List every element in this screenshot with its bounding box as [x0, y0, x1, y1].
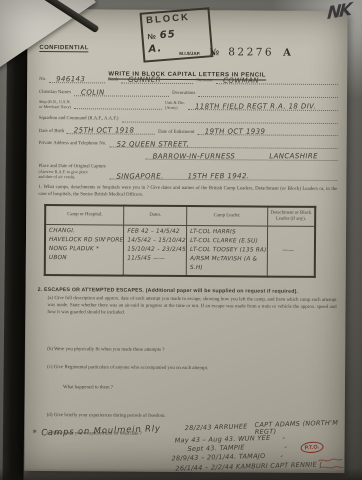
- footnote-line2: May 43 – Aug 43. WUN YEE: [175, 434, 271, 445]
- enlistment-label: Date of Enlistment: [158, 129, 194, 135]
- footnote-line3: Sept 43. TAMPIE: [187, 443, 244, 453]
- no-label: No.: [39, 77, 46, 83]
- dates-entry: 11/5/45 ——: [127, 254, 186, 263]
- row-address-line1: Private Address and Telephone No. 52 QUE…: [39, 138, 338, 149]
- numero-sign: №: [209, 48, 219, 58]
- block-entry: [271, 237, 314, 246]
- stamp-word: BLOCK: [146, 11, 205, 27]
- leader-entry: A/RSM McTAVISH (A & S.H): [190, 255, 267, 274]
- camp-entry: CHANGI.: [49, 227, 123, 237]
- pto-stamp: P.T.O.: [300, 441, 323, 454]
- serial-number: 82276: [228, 46, 274, 58]
- dob-label: Date of Birth: [39, 129, 64, 135]
- footnote-line4: 28/9/43 – 20/1/44. TAMAJO: [171, 452, 265, 463]
- decorations-field: [198, 88, 338, 98]
- surname-label: Surname: [196, 79, 213, 85]
- unit-field: 118TH FIELD REGT R.A. 18 DIV.: [188, 101, 338, 111]
- question-2b-text: (b) Were you physically fit when you mad…: [37, 347, 336, 354]
- address-indent: [39, 159, 143, 160]
- camp-entry: HAVELOCK RD SIN'PORE: [49, 236, 123, 246]
- question-2c-text: (c) Give Regimental particulars of anyon…: [37, 365, 336, 372]
- unit-label: Unit & Div. (Army): [165, 100, 185, 110]
- dates-entry: 15/10/42 – 23/2/45: [127, 245, 186, 254]
- serial-suffix: A: [283, 48, 291, 59]
- question-2-heading: 2. ESCAPES OR ATTEMPTED ESCAPES. (Additi…: [38, 287, 337, 296]
- capture-field: SINGAPORE.15TH FEB 1942.: [109, 171, 338, 182]
- dept-ref: M.I.9/JAP.: [179, 51, 200, 56]
- camp-entry: NONG PLADUK *: [49, 245, 123, 255]
- dates-entry: FEB 42 – 14/5/42: [127, 227, 186, 236]
- block-entry: ——: [271, 246, 314, 255]
- squadron-field: [121, 113, 337, 124]
- camp-entry: UBON: [49, 254, 123, 264]
- header-dates: Dates.: [124, 205, 187, 225]
- surname-field: COWMAN: [216, 75, 338, 85]
- dates-entry: 14/5/42 – 15/10/42: [127, 236, 186, 245]
- header-leader: Camp Leader.: [187, 206, 268, 226]
- ditto-mark: ″: [282, 437, 285, 445]
- camp-column: CHANGI. HAVELOCK RD SIN'PORE NONG PLADUK…: [45, 224, 124, 275]
- dates-column: FEB 42 – 14/5/42 14/5/42 – 15/10/42 15/1…: [124, 225, 187, 276]
- row-squadron: Squadron and Command (R.A.F., A.A.F.): [39, 113, 338, 124]
- ditto-mark: ″: [284, 446, 287, 454]
- capture-label: Place and Date of Original Capture (Airc…: [38, 163, 106, 180]
- ditto-mark: ″: [280, 455, 283, 463]
- leader-entry: LT-COL TOOSEY (135 RA): [190, 246, 267, 256]
- question-1-text: 1. What camps, detachments or hospitals …: [38, 185, 337, 200]
- christian-names-label: Christian Names: [39, 90, 71, 96]
- address-field-line2: BARROW-IN-FURNESSLANCASHIRE: [146, 151, 338, 161]
- corner-ink-scribble: NK: [326, 0, 350, 24]
- rank-label: Rank: [108, 78, 118, 84]
- reference-number-line: M.I.9/JAP. № 82276 A: [179, 46, 291, 59]
- question-2c2-text: What happened to them ?: [37, 385, 336, 392]
- camps-table-body-row: CHANGI. HAVELOCK RD SIN'PORE NONG PLADUK…: [45, 224, 315, 276]
- ship-label: Ship (R.N., U.S.N. or Merchant Navy): [39, 99, 71, 109]
- ship-field: [74, 100, 162, 110]
- address-label: Private Address and Telephone No.: [39, 141, 107, 147]
- stamp-no-value: 65: [159, 29, 176, 41]
- row-dob-enlistment: Date of Birth 25TH OCT 1918 Date of Enli…: [39, 125, 338, 136]
- decorations-label: Decorations: [172, 91, 195, 97]
- row-ship-unit: Ship (R.N., U.S.N. or Merchant Navy) Uni…: [39, 99, 338, 111]
- dob-field: 25TH OCT 1918: [67, 125, 155, 135]
- camps-table: Camp or Hospital. Dates. Camp Leader. De…: [44, 204, 316, 278]
- block-entry: [271, 228, 314, 237]
- confidential-label: CONFIDENTIAL: [39, 45, 89, 52]
- row-capture: Place and Date of Original Capture (Airc…: [38, 163, 337, 182]
- form-content: No. 946143 Rank GUNNER Surname COWMAN Ch…: [37, 74, 339, 438]
- question-2a-text: (a) Give full description and approx. da…: [37, 296, 336, 318]
- squadron-label: Squadron and Command (R.A.F., A.A.F.): [39, 116, 119, 122]
- row-christian-decorations: Christian Names COLIN Decorations: [39, 86, 338, 97]
- no-field: 946143: [49, 74, 105, 83]
- stamp-no-label: №: [147, 32, 156, 42]
- leader-column: LT-COL HARRIS LT-COL CLARKE (E.SU) LT-CO…: [186, 225, 267, 276]
- christian-names-field: COLIN: [74, 87, 169, 97]
- address-field-line1: 52 QUEEN STREET,: [109, 138, 337, 149]
- camps-table-header-row: Camp or Hospital. Dates. Camp Leader. De…: [45, 205, 315, 226]
- document-card: CONFIDENTIAL BLOCK № 65 A. M.I.9/JAP. № …: [24, 9, 347, 473]
- header-block-leader: Detachment or Block Leader (if any).: [267, 206, 315, 226]
- row-number-rank-surname: No. 946143 Rank GUNNER Surname COWMAN: [39, 74, 338, 85]
- header-camp: Camp or Hospital.: [45, 205, 124, 225]
- rank-field: GUNNER: [121, 75, 193, 85]
- photo-background: CONFIDENTIAL BLOCK № 65 A. M.I.9/JAP. № …: [0, 0, 362, 480]
- bottom-shadow: [0, 468, 362, 480]
- leader-entry: LT-COL CLARKE (E.SU): [190, 237, 267, 247]
- leader-entry: LT-COL HARRIS: [190, 228, 267, 238]
- row-address-line2: BARROW-IN-FURNESSLANCASHIRE: [39, 150, 338, 161]
- enlistment-field: 19TH OCT 1939: [197, 126, 338, 136]
- block-entry: [270, 255, 313, 264]
- block-leader-column: ——: [267, 226, 315, 277]
